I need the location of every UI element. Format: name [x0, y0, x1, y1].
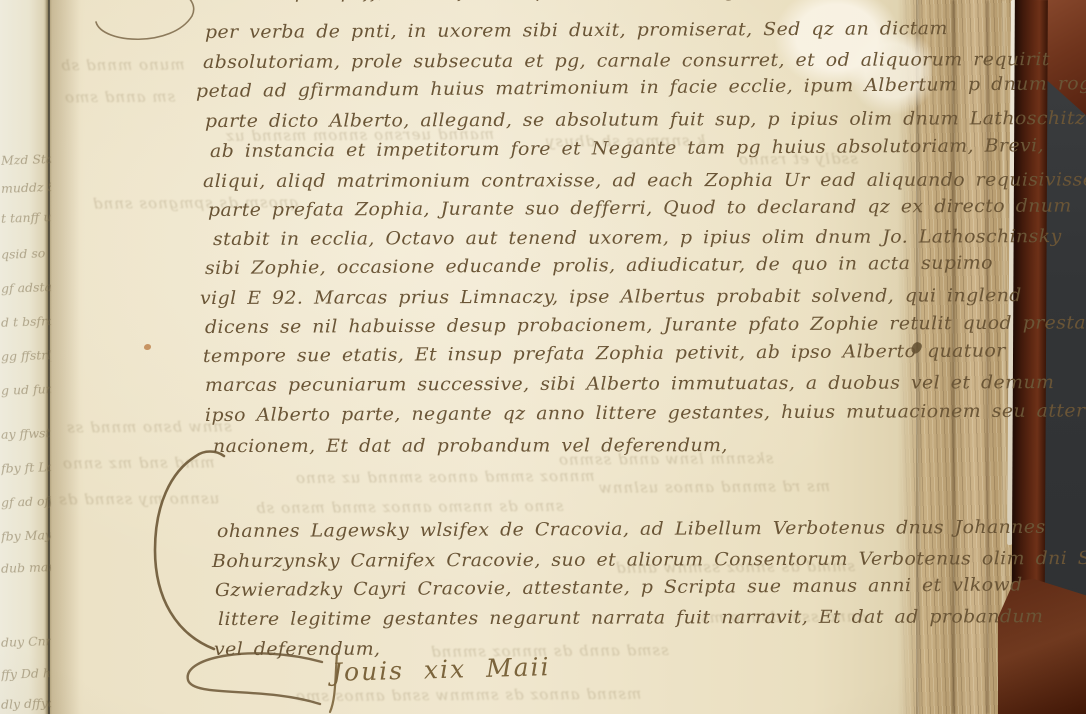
ghost-text-line: ms rd smnnd annos uslnnw — [598, 477, 830, 497]
margin-fragment: gf adsta uggy — [1, 279, 51, 296]
date-heading: Jouis xix Maii — [332, 652, 551, 687]
text-line: ohannes Lagewsky wlsifex de Cracovia, ad… — [217, 517, 1046, 542]
text-line: marcas pecuniarum successive, sibi Alber… — [205, 372, 1054, 396]
gutter-shadow — [50, 0, 80, 714]
text-line: littere legitime gestantes negarunt narr… — [218, 606, 1043, 630]
leather-cover-bottom — [998, 576, 1086, 714]
margin-fragment: ffy Dd hubff — [1, 665, 51, 682]
pen-flourish-bottom — [160, 650, 330, 712]
ghost-text-line: sm annd smo — [64, 88, 175, 107]
pen-flourish-top — [92, 0, 208, 54]
margin-fragment: g ud fund — [1, 381, 51, 398]
ghost-text-line: mnnoz smmd annos smnnd uz snno — [295, 467, 595, 487]
margin-fragment: muddz Sud — [1, 179, 51, 196]
ghost-text-line: snno ds nnsmo annoz smnd msno sb — [255, 497, 564, 517]
margin-fragment: fby ft Ldhga — [1, 459, 51, 476]
date-initial-descender — [326, 652, 342, 714]
margin-fragment: Mzd Sta — [1, 151, 51, 168]
margin-fragment: fby Mayd — [1, 527, 51, 544]
margin-fragment: dly dffyduyl — [1, 695, 51, 712]
text-line: Bohurzynsky Carnifex Cracovie, suo et al… — [212, 548, 1086, 572]
margin-fragment: ay ffwstry — [1, 425, 51, 442]
text-line: nacionem, Et dat ad probandum vel defere… — [213, 435, 728, 457]
text-line: per verba de pnti, in uxorem sibi duxit,… — [205, 18, 948, 43]
text-line: stabit in ecclia, Octavo aut tenend uxor… — [213, 226, 1062, 250]
ghost-text-line: muno mnnd sb — [60, 56, 185, 75]
margin-fragment: gf ad offbu — [1, 493, 51, 510]
text-line: vigl E 92. Marcas prius Limnaczy, ipse A… — [200, 285, 1022, 309]
margin-fragment: d t bsfra — [1, 313, 51, 330]
margin-fragment: gg ffstrlff — [1, 347, 51, 364]
margin-fragment: t tanff uz Ray — [1, 209, 51, 226]
margin-fragment: duy Cnrvyhum — [1, 633, 51, 650]
margin-fragment: qsid so — [1, 245, 51, 262]
manuscript-photo: Mzd Sta muddz Sud t tanff uz Ray qsid so… — [0, 0, 1086, 714]
ghost-text-line: msnnd annoz ds smmnw ssnd annos smo — [295, 685, 641, 705]
text-line: aliqui, aliqd matrimonium contraxisse, a… — [203, 169, 1086, 192]
text-line: absolutoriam, prole subsecuta et pg, car… — [203, 49, 1050, 73]
entry-bracket — [146, 448, 230, 654]
paper-stain — [144, 344, 151, 350]
text-line: parte dicto Alberto, allegand, se absolu… — [205, 108, 1086, 132]
margin-fragment: dub marstz — [1, 559, 51, 576]
